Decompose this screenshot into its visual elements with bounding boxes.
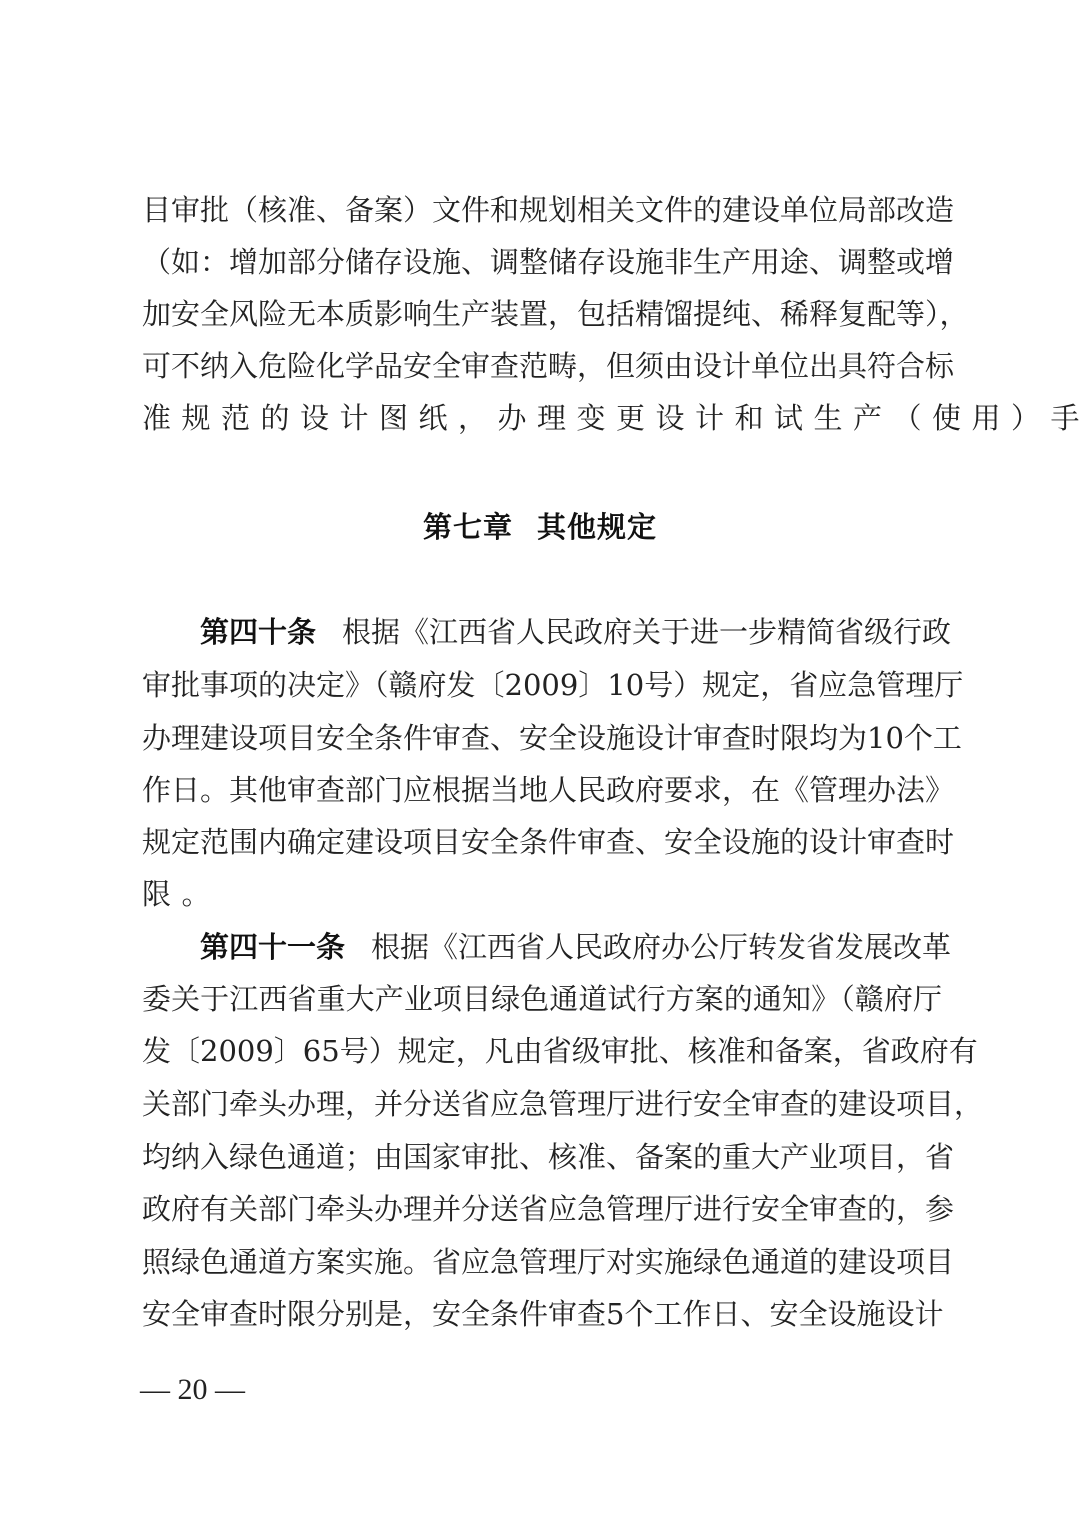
paragraph-line: 可不纳入危险化学品安全审查范畴，但须由设计单位出具符合标	[142, 346, 942, 386]
article-line: 均纳入绿色通道；由国家审批、核准、备案的重大产业项目，省	[142, 1137, 942, 1177]
article-line: 关部门牵头办理，并分送省应急管理厅进行安全审查的建设项目，	[142, 1084, 942, 1124]
article-line: 规定范围内确定建设项目安全条件审查、安全设施的设计审查时	[142, 822, 942, 862]
article-first-line: 第四十一条根据《江西省人民政府办公厅转发省发展改革	[200, 927, 942, 967]
page-number: — 20 —	[140, 1372, 245, 1408]
article-line: 政府有关部门牵头办理并分送省应急管理厅进行安全审查的，参	[142, 1189, 942, 1229]
paragraph-line: 目审批（核准、备案）文件和规划相关文件的建设单位局部改造	[142, 190, 942, 230]
article-line: 审批事项的决定》（赣府发〔2009〕10号）规定，省应急管理厅	[142, 665, 942, 705]
article-text: 根据《江西省人民政府关于进一步精简省级行政	[342, 615, 951, 649]
article-text: 根据《江西省人民政府办公厅转发省发展改革	[371, 930, 951, 964]
chapter-title: 其他规定	[537, 510, 657, 544]
document-page: 目审批（核准、备案）文件和规划相关文件的建设单位局部改造 （如：增加部分储存设施…	[0, 0, 1080, 1527]
article-heading: 第四十条	[200, 615, 316, 649]
article-first-line: 第四十条根据《江西省人民政府关于进一步精简省级行政	[200, 612, 942, 652]
article-line: 委关于江西省重大产业项目绿色通道试行方案的通知》（赣府厅	[142, 979, 942, 1019]
article-line: 照绿色通道方案实施。省应急管理厅对实施绿色通道的建设项目	[142, 1242, 942, 1282]
paragraph-line: 准规范的设计图纸，办理变更设计和试生产（使用）手续。	[142, 398, 942, 438]
paragraph-line: （如：增加部分储存设施、调整储存设施非生产用途、调整或增	[142, 242, 942, 282]
article-line: 作日。其他审查部门应根据当地人民政府要求，在《管理办法》	[142, 770, 942, 810]
article-line: 发〔2009〕65号）规定，凡由省级审批、核准和备案，省政府有	[142, 1031, 942, 1071]
chapter-number: 第七章	[423, 510, 513, 544]
article-heading: 第四十一条	[200, 930, 345, 964]
chapter-heading: 第七章其他规定	[0, 505, 1080, 549]
article-line: 限。	[142, 874, 942, 914]
article-line: 办理建设项目安全条件审查、安全设施设计审查时限均为10个工	[142, 718, 942, 758]
article-line: 安全审查时限分别是，安全条件审查5个工作日、安全设施设计	[142, 1294, 942, 1334]
paragraph-line: 加安全风险无本质影响生产装置，包括精馏提纯、稀释复配等），	[142, 294, 942, 334]
